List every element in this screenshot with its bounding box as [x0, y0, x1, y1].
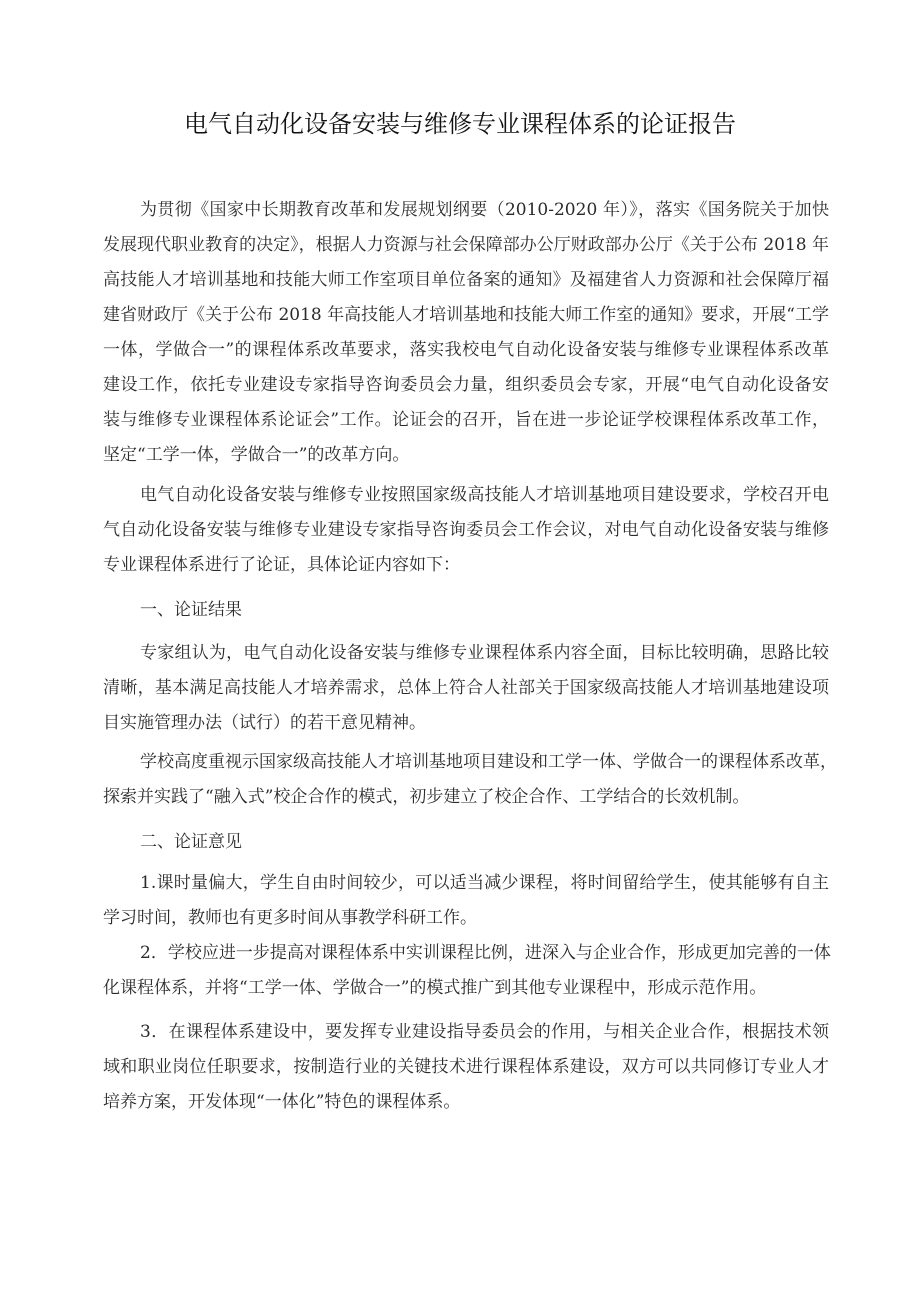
- paragraph-line: 气自动化设备安装与维修专业建设专家指导咨询委员会工作会议，对电气自动化设备安装与…: [103, 520, 829, 540]
- paragraph-line: 建设工作，依托专业建设专家指导咨询委员会力量，组织委员会专家，开展“电气自动化设…: [103, 375, 829, 395]
- document-page: 电气自动化设备安装与维修专业课程体系的论证报告 为贯彻《国家中长期教育改革和发展…: [0, 0, 920, 1301]
- list-item-line: 1.课时量偏大，学生自由时间较少，可以适当减少课程，将时间留给学生，使其能够有自…: [140, 873, 829, 893]
- list-item-line: 2．学校应进一步提高对课程体系中实训课程比例，进深入与企业合作，形成更加完善的一…: [140, 943, 829, 963]
- paragraph-line: 电气自动化设备安装与维修专业按照国家级高技能人才培训基地项目建设要求，学校召开电: [140, 485, 829, 505]
- paragraph-line: 高技能人才培训基地和技能大师工作室项目单位备案的通知》及福建省人力资源和社会保障…: [103, 270, 829, 290]
- paragraph-line: 专业课程体系进行了论证，具体论证内容如下：: [103, 555, 829, 575]
- paragraph-line: 清晰，基本满足高技能人才培养需求，总体上符合人社部关于国家级高技能人才培训基地建…: [103, 678, 829, 698]
- section-heading-opinions: 二、论证意见: [140, 832, 829, 852]
- paragraph-line: 学校高度重视示国家级高技能人才培训基地项目建设和工学一体、学做合一的课程体系改革…: [140, 752, 829, 772]
- section-heading-results: 一、论证结果: [140, 600, 829, 620]
- paragraph-line: 建省财政厅《关于公布 2018 年高技能人才培训基地和技能大师工作室的通知》要求…: [103, 305, 829, 325]
- list-item-line: 学习时间，教师也有更多时间从事教学科研工作。: [103, 908, 829, 928]
- paragraph-line: 发展现代职业教育的决定》，根据人力资源与社会保障部办公厅财政部办公厅《关于公布 …: [103, 235, 829, 255]
- document-title: 电气自动化设备安装与维修专业课程体系的论证报告: [0, 104, 920, 139]
- list-item-line: 3．在课程体系建设中，要发挥专业建设指导委员会的作用，与相关企业合作，根据技术领: [140, 1022, 829, 1042]
- list-item-line: 域和职业岗位任职要求，按制造行业的关键技术进行课程体系建设，双方可以共同修订专业…: [103, 1057, 829, 1077]
- paragraph-line: 坚定“工学一体，学做合一”的改革方向。: [103, 445, 829, 465]
- paragraph-line: 目实施管理办法（试行）的若干意见精神。: [103, 713, 829, 733]
- paragraph-line: 专家组认为，电气自动化设备安装与维修专业课程体系内容全面，目标比较明确，思路比较: [140, 643, 829, 663]
- paragraph-line: 探索并实践了“融入式”校企合作的模式，初步建立了校企合作、工学结合的长效机制。: [103, 787, 829, 807]
- list-item-line: 培养方案，开发体现“一体化”特色的课程体系。: [103, 1092, 829, 1112]
- list-item-line: 化课程体系，并将“工学一体、学做合一”的模式推广到其他专业课程中，形成示范作用。: [103, 978, 829, 998]
- paragraph-line: 为贯彻《国家中长期教育改革和发展规划纲要（2010-2020 年）》，落实《国务…: [140, 200, 829, 220]
- paragraph-line: 一体，学做合一”的课程体系改革要求，落实我校电气自动化设备安装与维修专业课程体系…: [103, 340, 829, 360]
- paragraph-line: 装与维修专业课程体系论证会”工作。论证会的召开，旨在进一步论证学校课程体系改革工…: [103, 410, 829, 430]
